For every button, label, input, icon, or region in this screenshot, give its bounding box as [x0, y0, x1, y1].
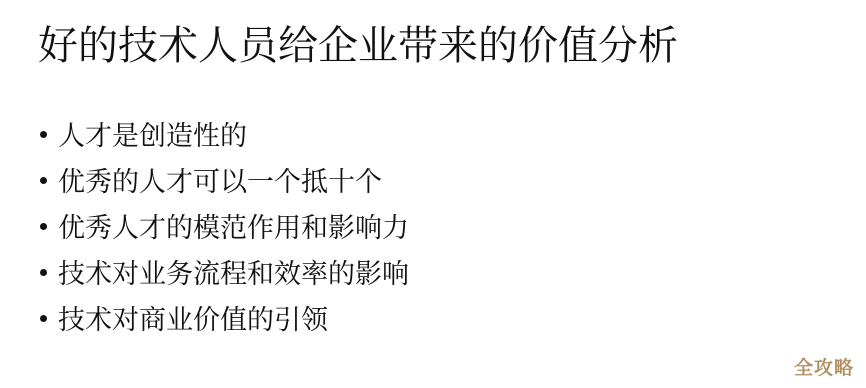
bullet-item: 优秀人才的模范作用和影响力	[40, 202, 409, 248]
bullet-dot-icon	[40, 269, 47, 276]
bullet-item: 技术对业务流程和效率的影响	[40, 248, 409, 294]
slide-title: 好的技术人员给企业带来的价值分析	[38, 18, 678, 74]
bullet-item: 优秀的人才可以一个抵十个	[40, 156, 409, 202]
bullet-text: 人才是创造性的	[58, 114, 247, 153]
bullet-dot-icon	[40, 223, 47, 230]
watermark: 全攻略	[794, 353, 854, 380]
bullet-list: 人才是创造性的 优秀的人才可以一个抵十个 优秀人才的模范作用和影响力 技术对业务…	[40, 110, 409, 340]
bullet-text: 优秀人才的模范作用和影响力	[58, 206, 409, 245]
bullet-item: 人才是创造性的	[40, 110, 409, 156]
bullet-text: 技术对业务流程和效率的影响	[58, 252, 409, 291]
bullet-dot-icon	[40, 177, 47, 184]
bullet-text: 技术对商业价值的引领	[58, 298, 328, 337]
bullet-dot-icon	[40, 131, 47, 138]
bullet-text: 优秀的人才可以一个抵十个	[58, 160, 382, 199]
bullet-dot-icon	[40, 315, 47, 322]
bullet-item: 技术对商业价值的引领	[40, 294, 409, 340]
